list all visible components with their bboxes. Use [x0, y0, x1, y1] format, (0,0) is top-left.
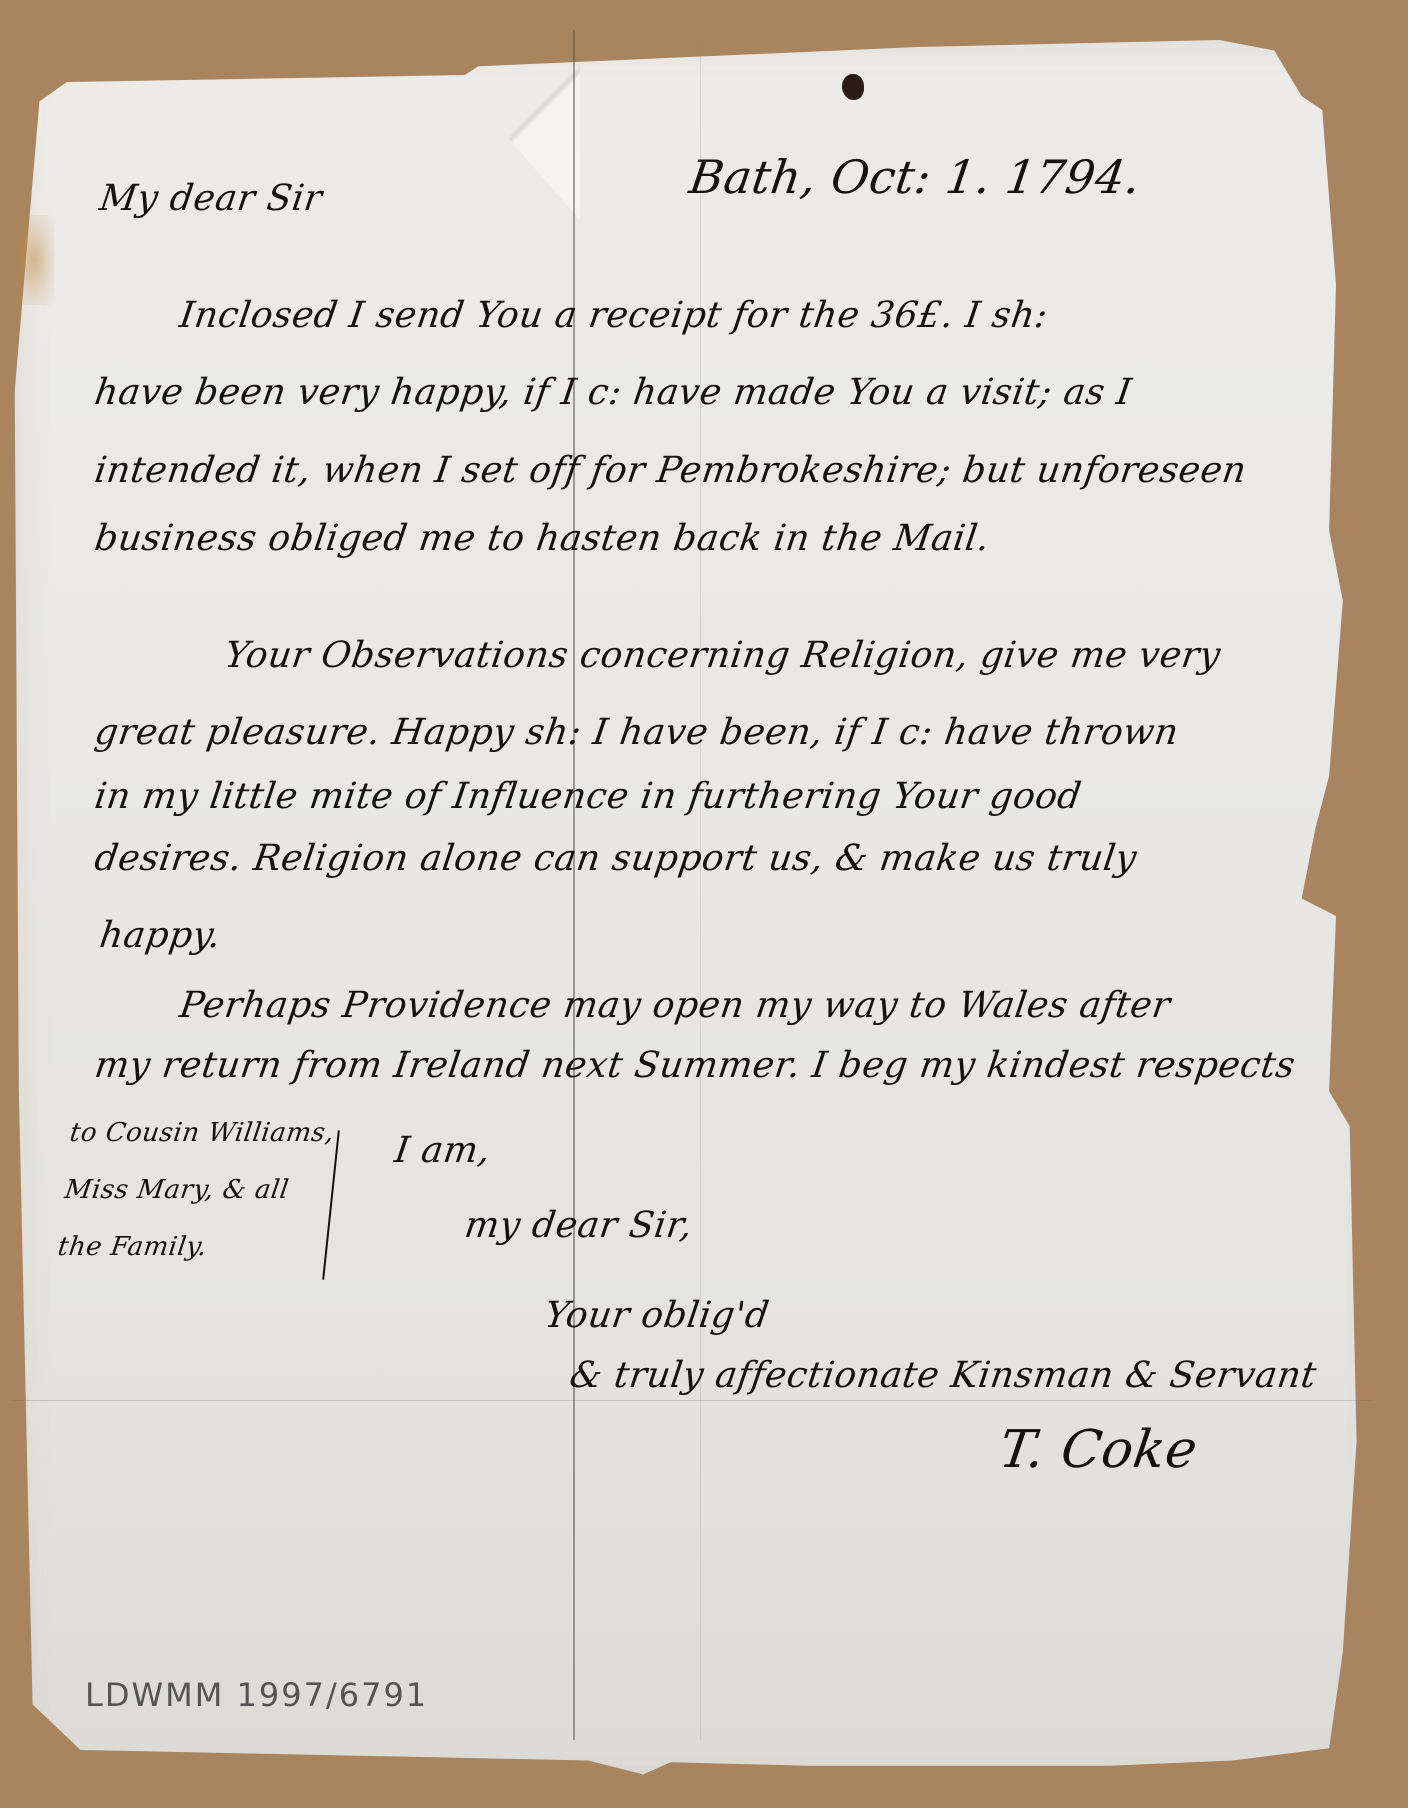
body-line: have been very happy, if I c: have made … [92, 372, 1134, 413]
postscript-line: the Family. [56, 1232, 209, 1262]
body-line: Inclosed I send You a receipt for the 36… [177, 295, 1050, 336]
vertical-fold-crease [573, 30, 575, 1740]
closing-i-am: I am, [392, 1130, 493, 1171]
closing-my-dear-sir: my dear Sir, [462, 1205, 695, 1246]
archive-label: LDWMM 1997/6791 [85, 1676, 428, 1714]
body-line: intended it, when I set off for Pembroke… [92, 450, 1249, 491]
closing-affectionate: & truly affectionate Kinsman & Servant [567, 1355, 1319, 1396]
ink-blot [842, 74, 864, 100]
body-line: Perhaps Providence may open my way to Wa… [177, 985, 1173, 1026]
place-date: Bath, Oct: 1. 1794. [686, 150, 1144, 204]
postscript-line: Miss Mary, & all [63, 1175, 291, 1205]
signature: T. Coke [996, 1420, 1201, 1480]
horizontal-fold-crease [12, 1400, 1372, 1401]
body-line: business obliged me to hasten back in th… [92, 518, 992, 559]
salutation: My dear Sir [97, 178, 325, 219]
body-line: happy. [97, 915, 224, 956]
postscript-line: to Cousin Williams, [68, 1118, 336, 1148]
closing-your-obliged: Your oblig'd [542, 1295, 772, 1336]
water-stain [14, 215, 54, 305]
body-line: Your Observations concerning Religion, g… [222, 635, 1223, 676]
body-line: desires. Religion alone can support us, … [92, 838, 1139, 879]
body-line: in my little mite of Influence in furthe… [92, 776, 1084, 817]
body-line: my return from Ireland next Summer. I be… [92, 1045, 1298, 1086]
body-line: great pleasure. Happy sh: I have been, i… [92, 712, 1181, 753]
